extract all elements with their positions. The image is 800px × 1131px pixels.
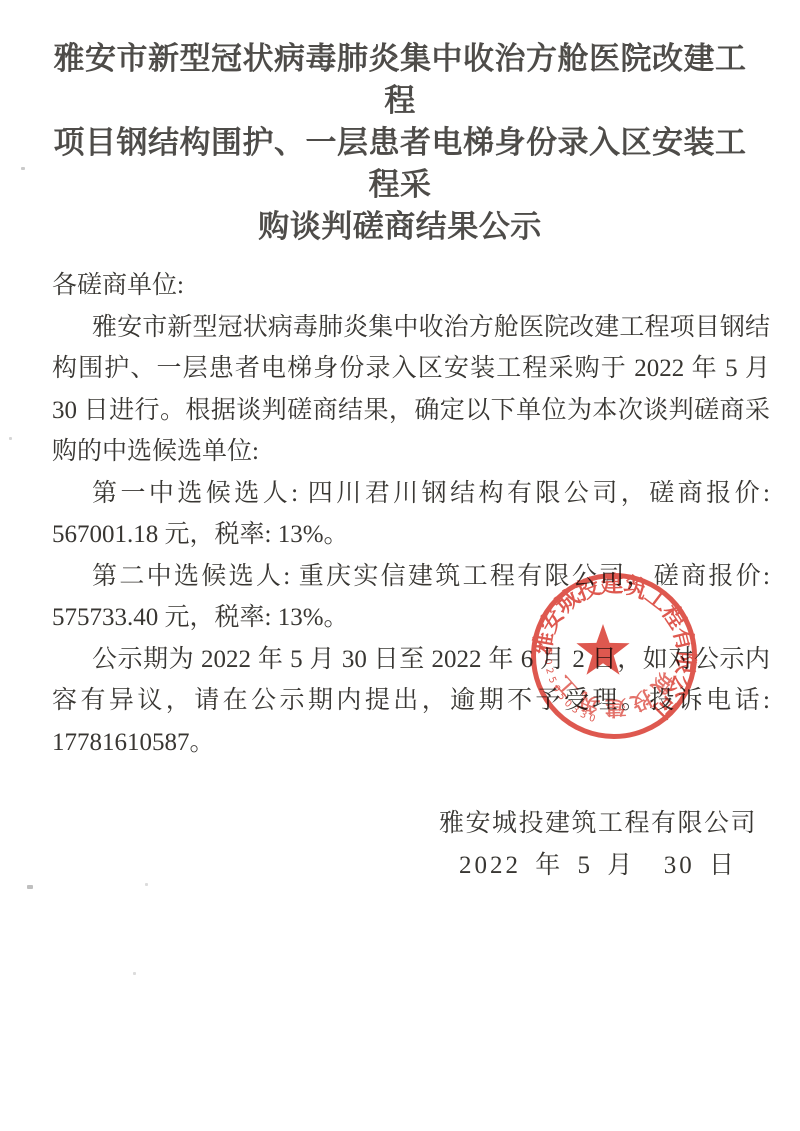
salutation: 各磋商单位: <box>52 265 770 307</box>
paragraph-first-candidate: 第一中选候选人: 四川君川钢结构有限公司，磋商报价: 567001.18 元，税… <box>52 473 770 556</box>
title-line-3: 购谈判磋商结果公示 <box>40 206 760 248</box>
signature-company: 雅安城投建筑工程有限公司 <box>0 803 800 845</box>
paragraph-publicity-period: 公示期为 2022 年 5 月 30 日至 2022 年 6 月 2 日，如对公… <box>52 639 770 764</box>
scan-speck <box>9 437 12 440</box>
paragraph-second-candidate: 第二中选候选人: 重庆实信建筑工程有限公司，磋商报价: 575733.40 元，… <box>52 556 770 639</box>
scan-speck <box>133 972 136 975</box>
signature-date: 2022 年 5 月 30 日 <box>0 845 800 887</box>
page-title: 雅安市新型冠状病毒肺炎集中收治方舱医院改建工程 项目钢结构围护、一层患者电梯身份… <box>40 0 760 248</box>
scan-speck <box>27 885 33 889</box>
announcement-page: 雅安市新型冠状病毒肺炎集中收治方舱医院改建工程 项目钢结构围护、一层患者电梯身份… <box>0 0 800 1131</box>
scan-speck <box>145 883 148 886</box>
document-body: 各磋商单位: 雅安市新型冠状病毒肺炎集中收治方舱医院改建工程项目钢结构围护、一层… <box>52 265 770 763</box>
signature-block: 雅安城投建筑工程有限公司 2022 年 5 月 30 日 <box>0 803 800 886</box>
title-line-1: 雅安市新型冠状病毒肺炎集中收治方舱医院改建工程 <box>40 38 760 122</box>
scan-speck <box>21 167 25 170</box>
title-line-2: 项目钢结构围护、一层患者电梯身份录入区安装工程采 <box>40 122 760 206</box>
paragraph-procurement-result: 雅安市新型冠状病毒肺炎集中收治方舱医院改建工程项目钢结构围护、一层患者电梯身份录… <box>52 307 770 473</box>
